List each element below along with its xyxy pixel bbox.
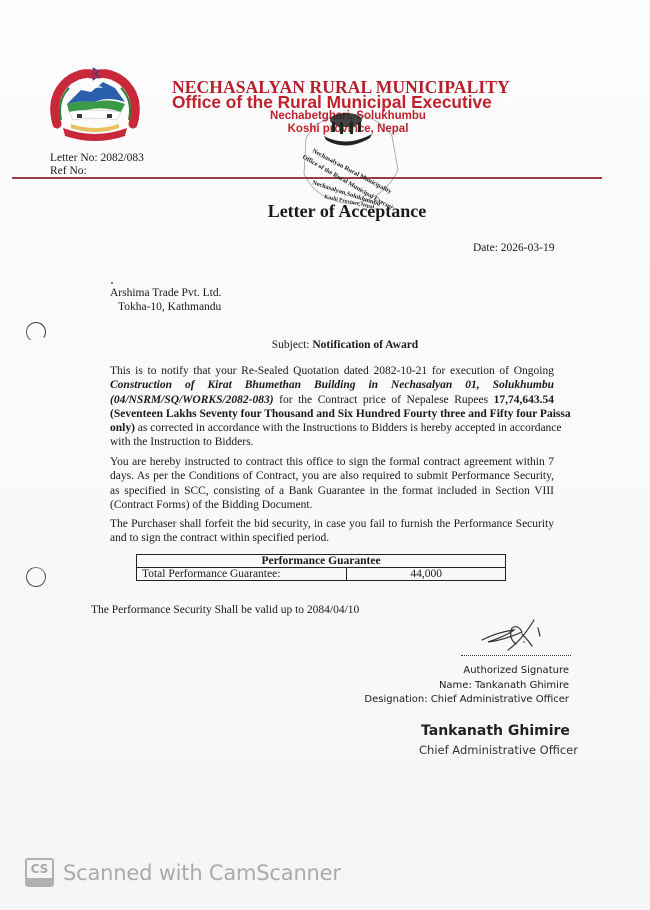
signatory-designation: Designation: Chief Administrative Office… <box>364 694 569 705</box>
official-stamp-icon: Nechasalyan Rural Municipality Office of… <box>288 108 418 208</box>
text-run: (Seventeen Lakhs Seventy four Thousand a… <box>110 408 571 420</box>
subject-label: Subject: <box>272 339 310 351</box>
validity-statement: The Performance Security Shall be valid … <box>91 604 359 616</box>
stray-mark <box>111 282 113 284</box>
camscanner-logo-text: CS <box>31 862 49 876</box>
subject-line: Subject: Notification of Award <box>0 339 650 351</box>
paragraph-line: This is to notify that your Re-Sealed Qu… <box>110 364 554 378</box>
text-run: for the Contract price of Nepalese Rupee… <box>274 394 494 406</box>
letter-number: Letter No: 2082/083 <box>50 152 144 164</box>
paragraph-line: (04/NSRM/SQ/WORKS/2082-083) for the Cont… <box>110 393 554 407</box>
paragraph-line: only) as corrected in accordance with th… <box>110 421 554 435</box>
letter-date: Date: 2026-03-19 <box>473 242 554 254</box>
table-cell-label: Total Performance Guarantee: <box>137 568 347 581</box>
recipient-name: Arshima Trade Pvt. Ltd. <box>110 287 222 299</box>
subject-text: Notification of Award <box>312 339 418 351</box>
text-run: only) <box>110 422 135 434</box>
scanned-letter-page: NECHASALYAN RURAL MUNICIPALITY Office of… <box>0 0 650 910</box>
paragraph-line: (Seventeen Lakhs Seventy four Thousand a… <box>110 407 554 421</box>
signature-line <box>461 655 571 656</box>
reference-number: Ref No: <box>50 165 87 177</box>
forfeit-paragraph: The Purchaser shall forfeit the bid secu… <box>110 517 554 546</box>
table-header: Performance Guarantee <box>137 555 506 568</box>
watermark-text: Scanned with CamScanner <box>63 861 341 885</box>
performance-guarantee-table: Performance Guarantee Total Performance … <box>136 554 506 581</box>
nepal-emblem-icon <box>47 66 143 146</box>
award-paragraph: This is to notify that your Re-Sealed Qu… <box>110 364 554 450</box>
text-run: as corrected in accordance with the Inst… <box>135 422 562 434</box>
text-run: (04/NSRM/SQ/WORKS/2082-083) <box>110 394 274 406</box>
text-run: This is to notify that your Re-Sealed Qu… <box>110 365 554 377</box>
table-header-row: Performance Guarantee <box>137 555 506 568</box>
name-stamp: Tankanath Ghimire <box>421 723 570 739</box>
paragraph-line: with the Instruction to Bidders. <box>110 435 554 449</box>
punch-hole-mark <box>23 564 49 590</box>
camscanner-watermark: CS Scanned with CamScanner <box>25 858 341 887</box>
handwritten-signature-icon <box>478 610 558 660</box>
authorized-signature-label: Authorized Signature <box>463 665 569 676</box>
table-row: Total Performance Guarantee: 44,000 <box>137 568 506 581</box>
camscanner-logo-icon: CS <box>25 858 54 887</box>
text-run: with the Instruction to Bidders. <box>110 436 253 448</box>
designation-stamp: Chief Administrative Officer <box>419 743 578 757</box>
document-title: Letter of Acceptance <box>0 201 650 222</box>
text-run: Construction of Kirat Bhumethan Building… <box>110 379 554 391</box>
paragraph-line: Construction of Kirat Bhumethan Building… <box>110 378 554 392</box>
text-run: 17,74,643.54 <box>494 394 554 406</box>
table-cell-value: 44,000 <box>347 568 506 581</box>
recipient-address: Tokha-10, Kathmandu <box>118 301 221 313</box>
instruction-paragraph: You are hereby instructed to contract th… <box>110 455 554 512</box>
signatory-name: Name: Tankanath Ghimire <box>439 680 569 691</box>
